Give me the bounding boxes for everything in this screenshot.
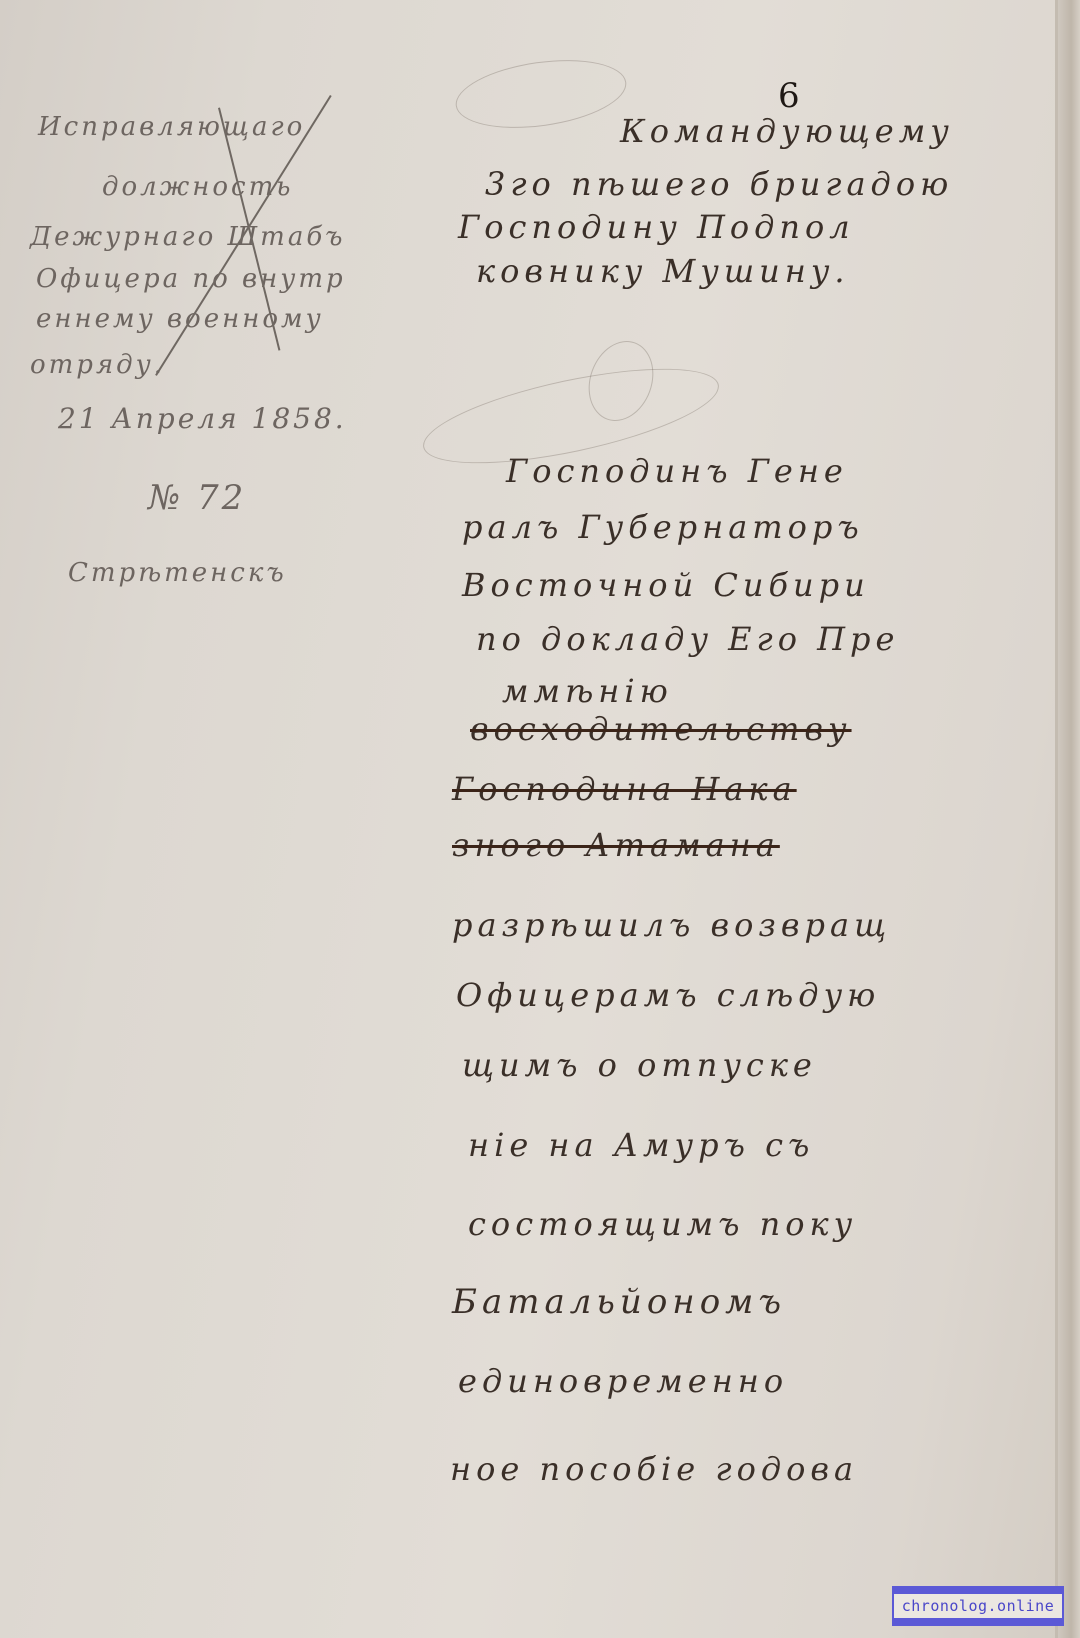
body-line: ралъ Губернаторъ: [462, 508, 864, 546]
body-line: по докладу Его Пре: [476, 620, 899, 658]
watermark-text: chronolog.online: [894, 1594, 1063, 1618]
body-line: щимъ о отпуске: [462, 1046, 817, 1084]
page-edge: [1058, 0, 1080, 1638]
margin-note-number: № 72: [148, 478, 246, 518]
margin-note-place: Стрѣтенскъ: [68, 558, 287, 588]
body-line: состоящимъ поку: [468, 1205, 857, 1243]
margin-note-line: Офицера по внутр: [36, 264, 346, 294]
body-line: разрѣшилъ возвращ: [452, 906, 891, 944]
margin-note-date: 21 Апреля 1858.: [58, 402, 347, 435]
margin-note-line: Дежурнаго Штабъ: [30, 222, 346, 252]
margin-note-line: еннему военному: [36, 304, 324, 334]
body-line: ное пособіе годова: [450, 1450, 858, 1488]
addressee-line: Господину Подпол: [458, 208, 855, 246]
page-number: 6: [778, 76, 803, 116]
addressee-line: ковнику Мушину.: [476, 252, 850, 290]
body-line-struck: Господина Нака: [452, 770, 797, 808]
body-line-overwritten: ммѣнію: [502, 672, 673, 710]
addressee-line: 3го пѣшего бригадою: [485, 165, 953, 203]
page-edge-shadow: [1055, 0, 1058, 1638]
body-line: Офицерамъ слѣдую: [456, 976, 880, 1014]
body-line: единовременно: [458, 1362, 788, 1400]
flourish-top: [451, 50, 630, 137]
margin-note-line: отряду.: [30, 350, 165, 380]
watermark-badge: chronolog.online: [892, 1586, 1064, 1626]
addressee-line: Командующему: [620, 112, 954, 150]
body-line: Господинъ Гене: [506, 452, 848, 490]
body-line-struck: восходительству: [470, 710, 852, 748]
body-line: Восточной Сибири: [462, 566, 870, 604]
body-line: ніе на Амуръ съ: [468, 1126, 814, 1164]
body-line-struck: зного Атамана: [452, 826, 780, 864]
margin-note-line: Исправляющаго: [38, 112, 305, 142]
body-line: Батальйономъ: [452, 1282, 786, 1322]
